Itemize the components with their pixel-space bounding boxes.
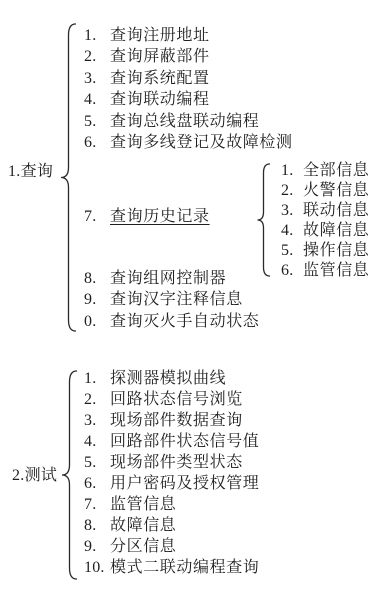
item-number: 4. <box>84 432 110 451</box>
menu-item-test-10: 10.模式二联动编程查询 <box>84 558 259 577</box>
item-number: 9. <box>84 537 110 556</box>
section-label-test: 2.测试 <box>12 466 57 485</box>
item-number: 6. <box>281 261 303 280</box>
menu-item-query-2: 2.查询屏蔽部件 <box>84 47 210 66</box>
item-text: 查询汉字注释信息 <box>110 291 243 308</box>
item-text: 回路状态信号浏览 <box>110 391 243 408</box>
sub-item-operation-info: 5.操作信息 <box>281 241 369 260</box>
sub-item-fire-info: 2.火警信息 <box>281 181 369 200</box>
item-text: 用户密码及授权管理 <box>110 475 259 492</box>
menu-item-query-6: 6.查询多线登记及故障检测 <box>84 133 293 152</box>
item-number: 2. <box>281 181 303 200</box>
item-text-underlined: 查询历史记录 <box>110 208 210 225</box>
item-text: 现场部件类型状态 <box>110 454 243 471</box>
item-text: 监管信息 <box>110 496 176 513</box>
item-text: 查询组网控制器 <box>110 270 226 287</box>
menu-item-query-0: 0.查询灭火手自动状态 <box>84 312 259 331</box>
item-number: 8. <box>84 269 110 288</box>
sub-item-supervision-info: 6.监管信息 <box>281 261 369 280</box>
item-number: 7. <box>84 207 110 226</box>
item-number: 9. <box>84 290 110 309</box>
item-number: 4. <box>281 221 303 240</box>
item-number: 1. <box>281 161 303 180</box>
item-text: 全部信息 <box>303 162 369 179</box>
menu-item-test-1: 1.探测器模拟曲线 <box>84 369 226 388</box>
item-text: 查询灭火手自动状态 <box>110 313 259 330</box>
item-text: 火警信息 <box>303 182 369 199</box>
menu-item-test-6: 6.用户密码及授权管理 <box>84 474 259 493</box>
item-text: 回路部件状态信号值 <box>110 433 259 450</box>
brace-query-group <box>59 23 78 332</box>
menu-item-query-1: 1.查询注册地址 <box>84 26 210 45</box>
menu-item-test-8: 8.故障信息 <box>84 516 176 535</box>
item-number: 3. <box>84 69 110 88</box>
menu-item-query-7-history: 7.查询历史记录 <box>84 207 210 226</box>
item-number: 5. <box>281 241 303 260</box>
item-number: 0. <box>84 312 110 331</box>
menu-item-test-7: 7.监管信息 <box>84 495 176 514</box>
item-number: 6. <box>84 133 110 152</box>
brace-history-sub-group <box>256 163 272 277</box>
menu-item-query-8: 8.查询组网控制器 <box>84 269 226 288</box>
item-text: 故障信息 <box>303 222 369 239</box>
item-number: 2. <box>84 390 110 409</box>
menu-item-test-4: 4.回路部件状态信号值 <box>84 432 259 451</box>
item-text: 故障信息 <box>110 517 176 534</box>
sub-item-all-info: 1.全部信息 <box>281 161 369 180</box>
item-text: 现场部件数据查询 <box>110 412 243 429</box>
item-number: 5. <box>84 453 110 472</box>
item-number: 1. <box>84 369 110 388</box>
item-number: 7. <box>84 495 110 514</box>
item-number: 4. <box>84 90 110 109</box>
menu-item-test-5: 5.现场部件类型状态 <box>84 453 243 472</box>
menu-item-test-2: 2.回路状态信号浏览 <box>84 390 243 409</box>
item-text: 查询系统配置 <box>110 70 210 87</box>
brace-test-group <box>60 370 79 580</box>
item-text: 查询屏蔽部件 <box>110 48 210 65</box>
section-label-query: 1.查询 <box>8 162 53 181</box>
item-number: 5. <box>84 112 110 131</box>
sub-item-linkage-info: 3.联动信息 <box>281 201 369 220</box>
item-number: 8. <box>84 516 110 535</box>
item-text: 分区信息 <box>110 538 176 555</box>
menu-item-query-9: 9.查询汉字注释信息 <box>84 290 243 309</box>
item-text: 模式二联动编程查询 <box>110 559 259 576</box>
item-text: 查询注册地址 <box>110 27 210 44</box>
item-number: 2. <box>84 47 110 66</box>
sub-item-fault-info: 4.故障信息 <box>281 221 369 240</box>
item-text: 联动信息 <box>303 202 369 219</box>
item-text: 操作信息 <box>303 242 369 259</box>
item-number: 10. <box>84 558 110 577</box>
menu-item-query-5: 5.查询总线盘联动编程 <box>84 112 259 131</box>
item-text: 探测器模拟曲线 <box>110 370 226 387</box>
item-number: 6. <box>84 474 110 493</box>
item-number: 3. <box>84 411 110 430</box>
menu-item-query-3: 3.查询系统配置 <box>84 69 210 88</box>
item-text: 查询联动编程 <box>110 91 210 108</box>
item-text: 查询总线盘联动编程 <box>110 113 259 130</box>
item-text: 查询多线登记及故障检测 <box>110 134 293 151</box>
menu-item-query-4: 4.查询联动编程 <box>84 90 210 109</box>
item-text: 监管信息 <box>303 262 369 279</box>
item-number: 3. <box>281 201 303 220</box>
menu-item-test-3: 3.现场部件数据查询 <box>84 411 243 430</box>
menu-tree-diagram: 1.查询 1.查询注册地址 2.查询屏蔽部件 3.查询系统配置 4.查询联动编程… <box>0 0 379 599</box>
menu-item-test-9: 9.分区信息 <box>84 537 176 556</box>
item-number: 1. <box>84 26 110 45</box>
